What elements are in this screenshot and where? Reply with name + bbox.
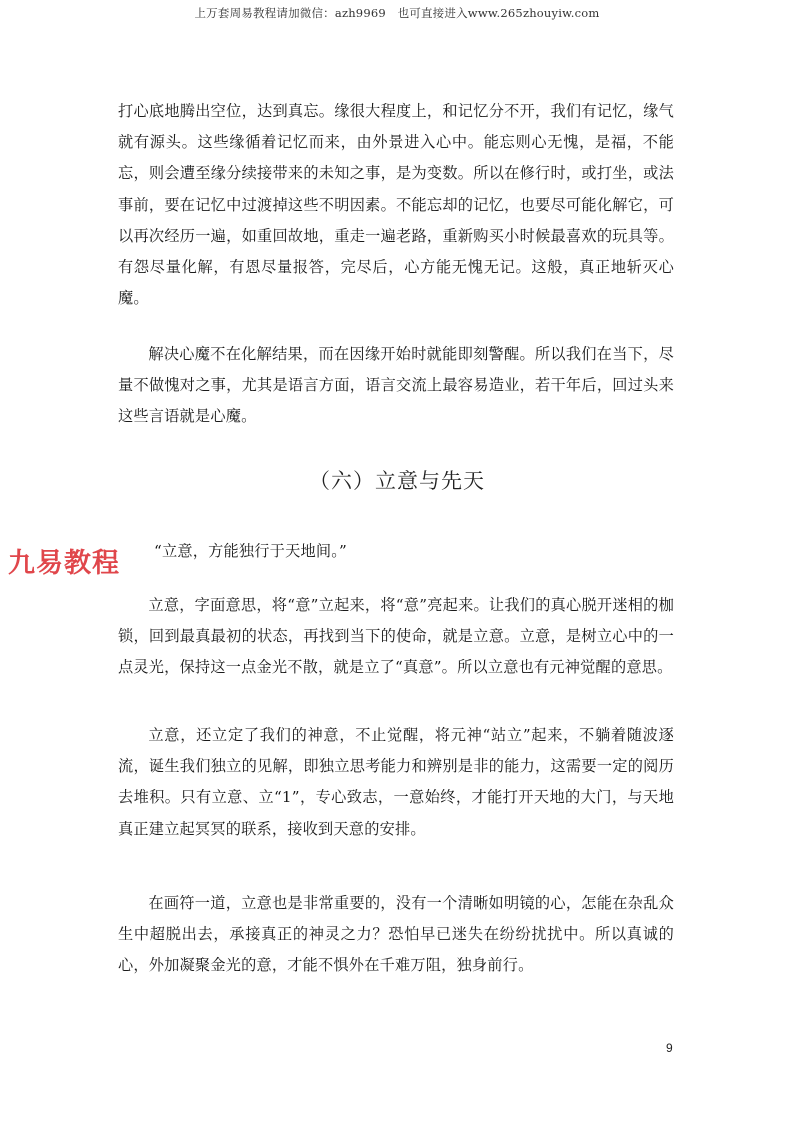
- quote-line: “立意，方能独行于天地间。”: [154, 536, 674, 567]
- paragraph-2: 解决心魔不在化解结果，而在因缘开始时就能即刻警醒。所以我们在当下，尽量不做愧对之…: [118, 339, 674, 433]
- header-watermark: 上万套周易教程请加微信：azh9969 也可直接进入www.265zhouyiw…: [0, 5, 794, 21]
- paragraph-1: 打心底地腾出空位，达到真忘。缘很大程度上，和记忆分不开，我们有记忆，缘气就有源头…: [118, 96, 674, 314]
- paragraph-3: 立意，字面意思，将“意”立起来，将“意”亮起来。让我们的真心脱开迷相的枷锁，回到…: [118, 590, 674, 684]
- page-number: 9: [666, 1041, 673, 1055]
- paragraph-5: 在画符一道，立意也是非常重要的，没有一个清晰如明镜的心，怎能在杂乱众生中超脱出去…: [118, 888, 674, 982]
- logo-watermark: 九易教程: [8, 541, 120, 580]
- paragraph-4: 立意，还立定了我们的神意，不止觉醒，将元神“站立”起来，不躺着随波逐流，诞生我们…: [118, 720, 674, 845]
- section-heading: （六）立意与先天: [0, 465, 794, 495]
